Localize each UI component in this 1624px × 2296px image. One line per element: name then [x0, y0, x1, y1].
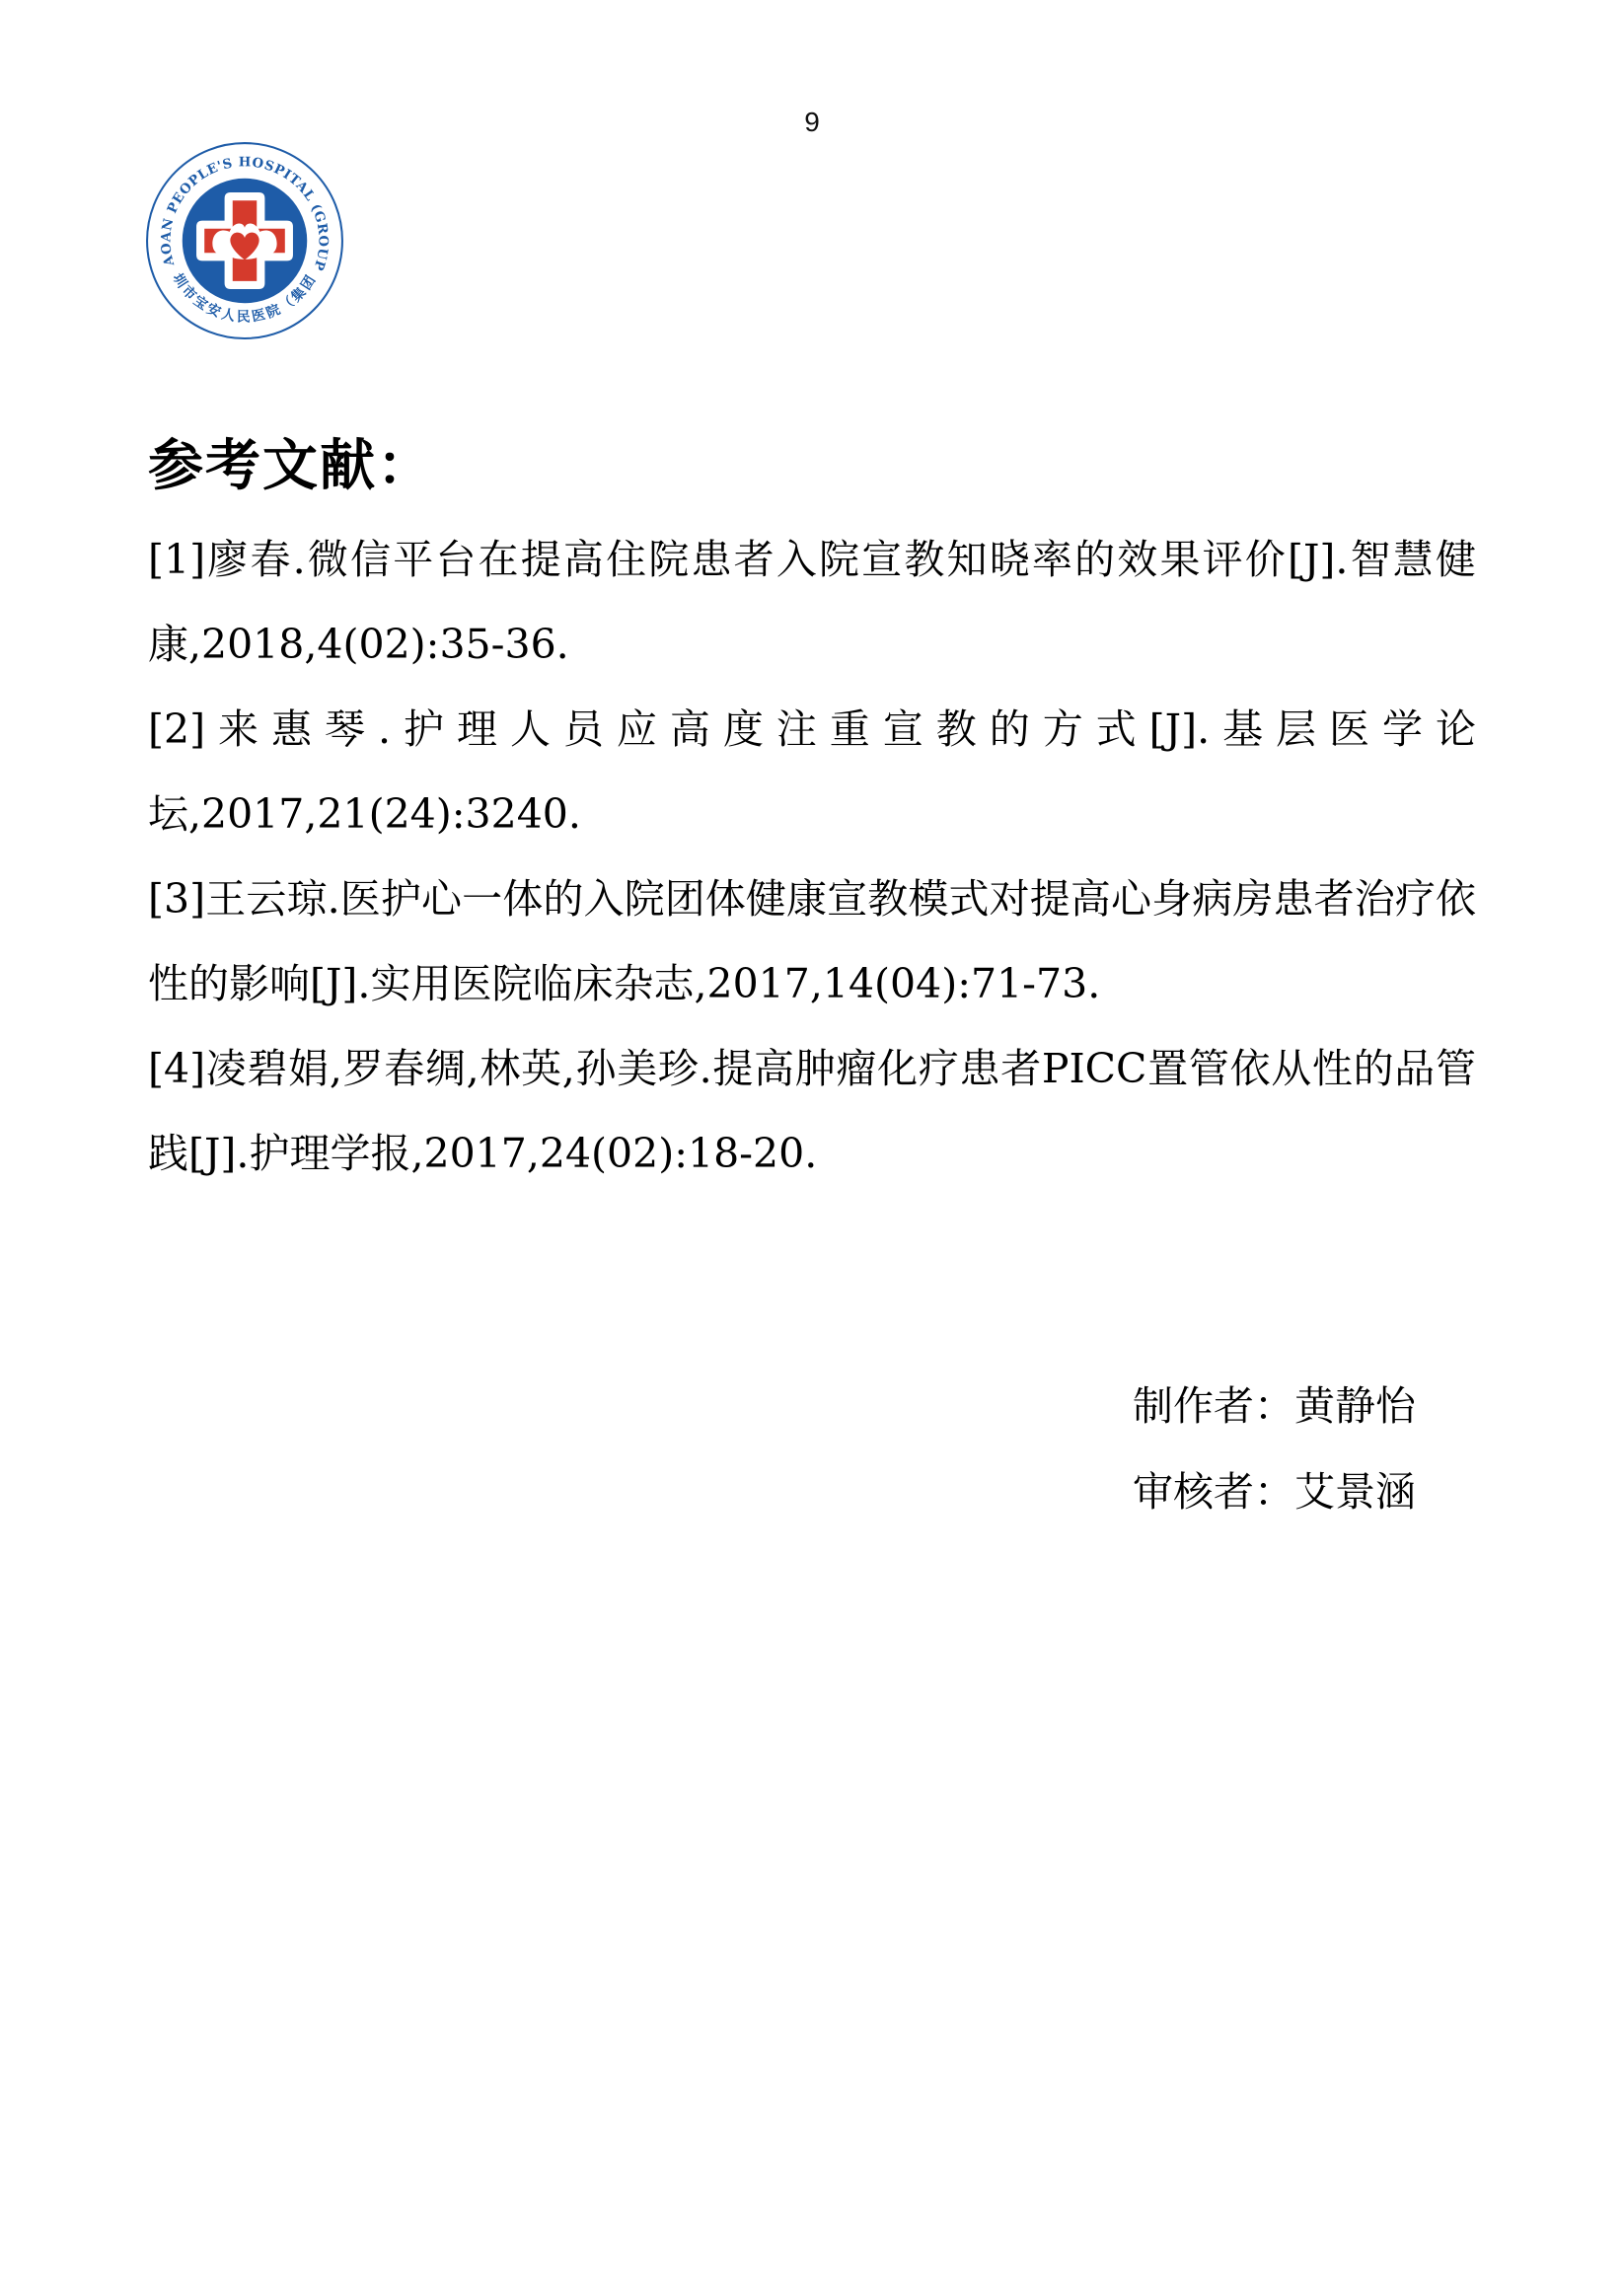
credit-maker-name: 黄静怡 — [1294, 1382, 1416, 1430]
ref-1-line-2: 康,2018,4(02):35-36. — [148, 602, 1476, 687]
ref-2-line-2: 坛,2017,21(24):3240. — [148, 772, 1476, 856]
ref-3-line-1: [3]王云琼.医护心一体的入院团体健康宣教模式对提高心身病房患者治疗依从 — [148, 856, 1476, 941]
page-number: 9 — [0, 107, 1624, 138]
hospital-logo: BAOAN PEOPLE'S HOSPITAL (GROUP) 深圳市宝安人民医… — [144, 139, 345, 340]
ref-4-line-1: [4]凌碧娟,罗春绸,林英,孙美珍.提高肿瘤化疗患者PICC置管依从性的品管圈实 — [148, 1026, 1476, 1111]
references-heading: 参考文献： — [148, 422, 434, 501]
credit-maker-label: 制作者： — [1133, 1382, 1294, 1430]
references-list: [1]廖春.微信平台在提高住院患者入院宣教知晓率的效果评价[J].智慧健 康,2… — [148, 517, 1476, 1196]
credit-reviewer: 审核者：艾景涵 — [1133, 1449, 1416, 1535]
credit-reviewer-label: 审核者： — [1133, 1468, 1294, 1516]
credit-maker: 制作者：黄静怡 — [1133, 1364, 1416, 1449]
ref-4-line-2: 践[J].护理学报,2017,24(02):18-20. — [148, 1111, 1476, 1196]
ref-2-line-1: [2]来惠琴.护理人员应高度注重宣教的方式[J].基层医学论 — [148, 687, 1476, 772]
credit-reviewer-name: 艾景涵 — [1294, 1468, 1416, 1516]
credits-block: 制作者：黄静怡 审核者：艾景涵 — [1133, 1364, 1416, 1535]
ref-3-line-2: 性的影响[J].实用医院临床杂志,2017,14(04):71-73. — [148, 941, 1476, 1026]
ref-1-line-1: [1]廖春.微信平台在提高住院患者入院宣教知晓率的效果评价[J].智慧健 — [148, 517, 1476, 602]
